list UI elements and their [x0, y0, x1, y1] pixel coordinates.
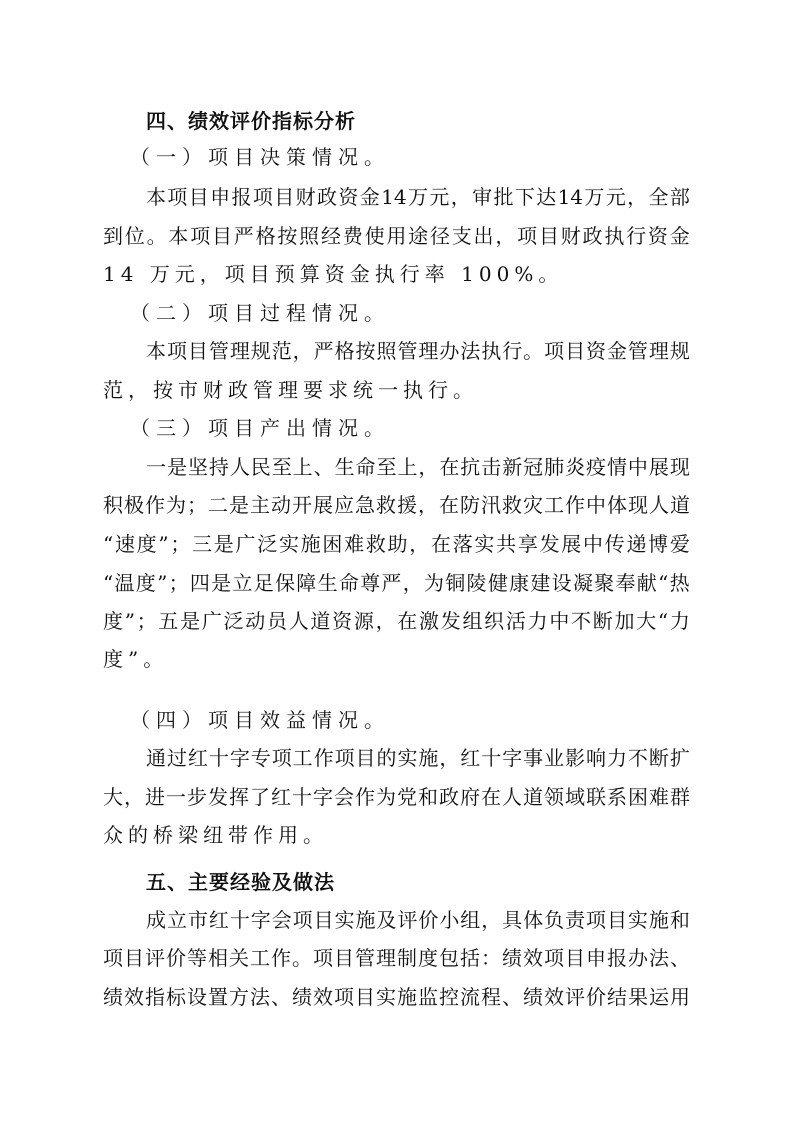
paragraph-line: 成立市红十字会项目实施及评价小组，具体负责项目实施和 — [146, 905, 690, 935]
paragraph-line: 一是坚持人民至上、生命至上，在抗击新冠肺炎疫情中展现 — [146, 452, 690, 482]
paragraph-line: 到位。本项目严格按照经费使用途径支出，项目财政执行资金 — [103, 221, 690, 251]
paragraph-line: 积极作为；二是主动开展应急救援，在防汛救灾工作中体现人道 — [103, 490, 690, 520]
paragraph-line: 本项目申报项目财政资金14万元，审批下达14万元，全部 — [146, 182, 690, 212]
paragraph-line: 度”；五是广泛动员人道资源，在激发组织活力中不断加大“力 — [103, 606, 690, 636]
paragraph-line: 众的桥梁纽带作用。 — [103, 820, 690, 850]
paragraph-line: 项目评价等相关工作。项目管理制度包括：绩效项目申报办法、 — [103, 943, 690, 973]
section-heading-4: 四、绩效评价指标分析 — [146, 106, 356, 136]
document-page: 四、绩效评价指标分析 （一）项目决策情况。 本项目申报项目财政资金14万元，审批… — [0, 0, 793, 1122]
subsection-title-2: （二）项目过程情况。 — [130, 298, 390, 328]
subsection-title-3: （三）项目产出情况。 — [130, 413, 390, 443]
subsection-title-4: （四）项目效益情况。 — [130, 705, 390, 735]
paragraph-line: 大，进一步发挥了红十字会作为党和政府在人道领域联系困难群 — [103, 782, 690, 812]
paragraph-line: “温度”；四是立足保障生命尊严，为铜陵健康建设凝聚奉献“热 — [103, 568, 690, 598]
paragraph-line: 通过红十字专项工作项目的实施，红十字事业影响力不断扩 — [146, 743, 690, 773]
section-heading-5: 五、主要经验及做法 — [146, 867, 335, 897]
paragraph-line: 范，按市财政管理要求统一执行。 — [103, 375, 690, 405]
paragraph-line: “速度”；三是广泛实施困难救助，在落实共享发展中传递博爱 — [103, 529, 690, 559]
paragraph-line: 绩效指标设置方法、绩效项目实施监控流程、绩效评价结果运用 — [103, 982, 690, 1012]
paragraph-line: 度”。 — [103, 644, 690, 674]
paragraph-line: 本项目管理规范，严格按照管理办法执行。项目资金管理规 — [146, 336, 690, 366]
subsection-title-1: （一）项目决策情况。 — [130, 142, 390, 172]
paragraph-line: 14 万元，项目预算资金执行率 100%。 — [103, 259, 690, 289]
